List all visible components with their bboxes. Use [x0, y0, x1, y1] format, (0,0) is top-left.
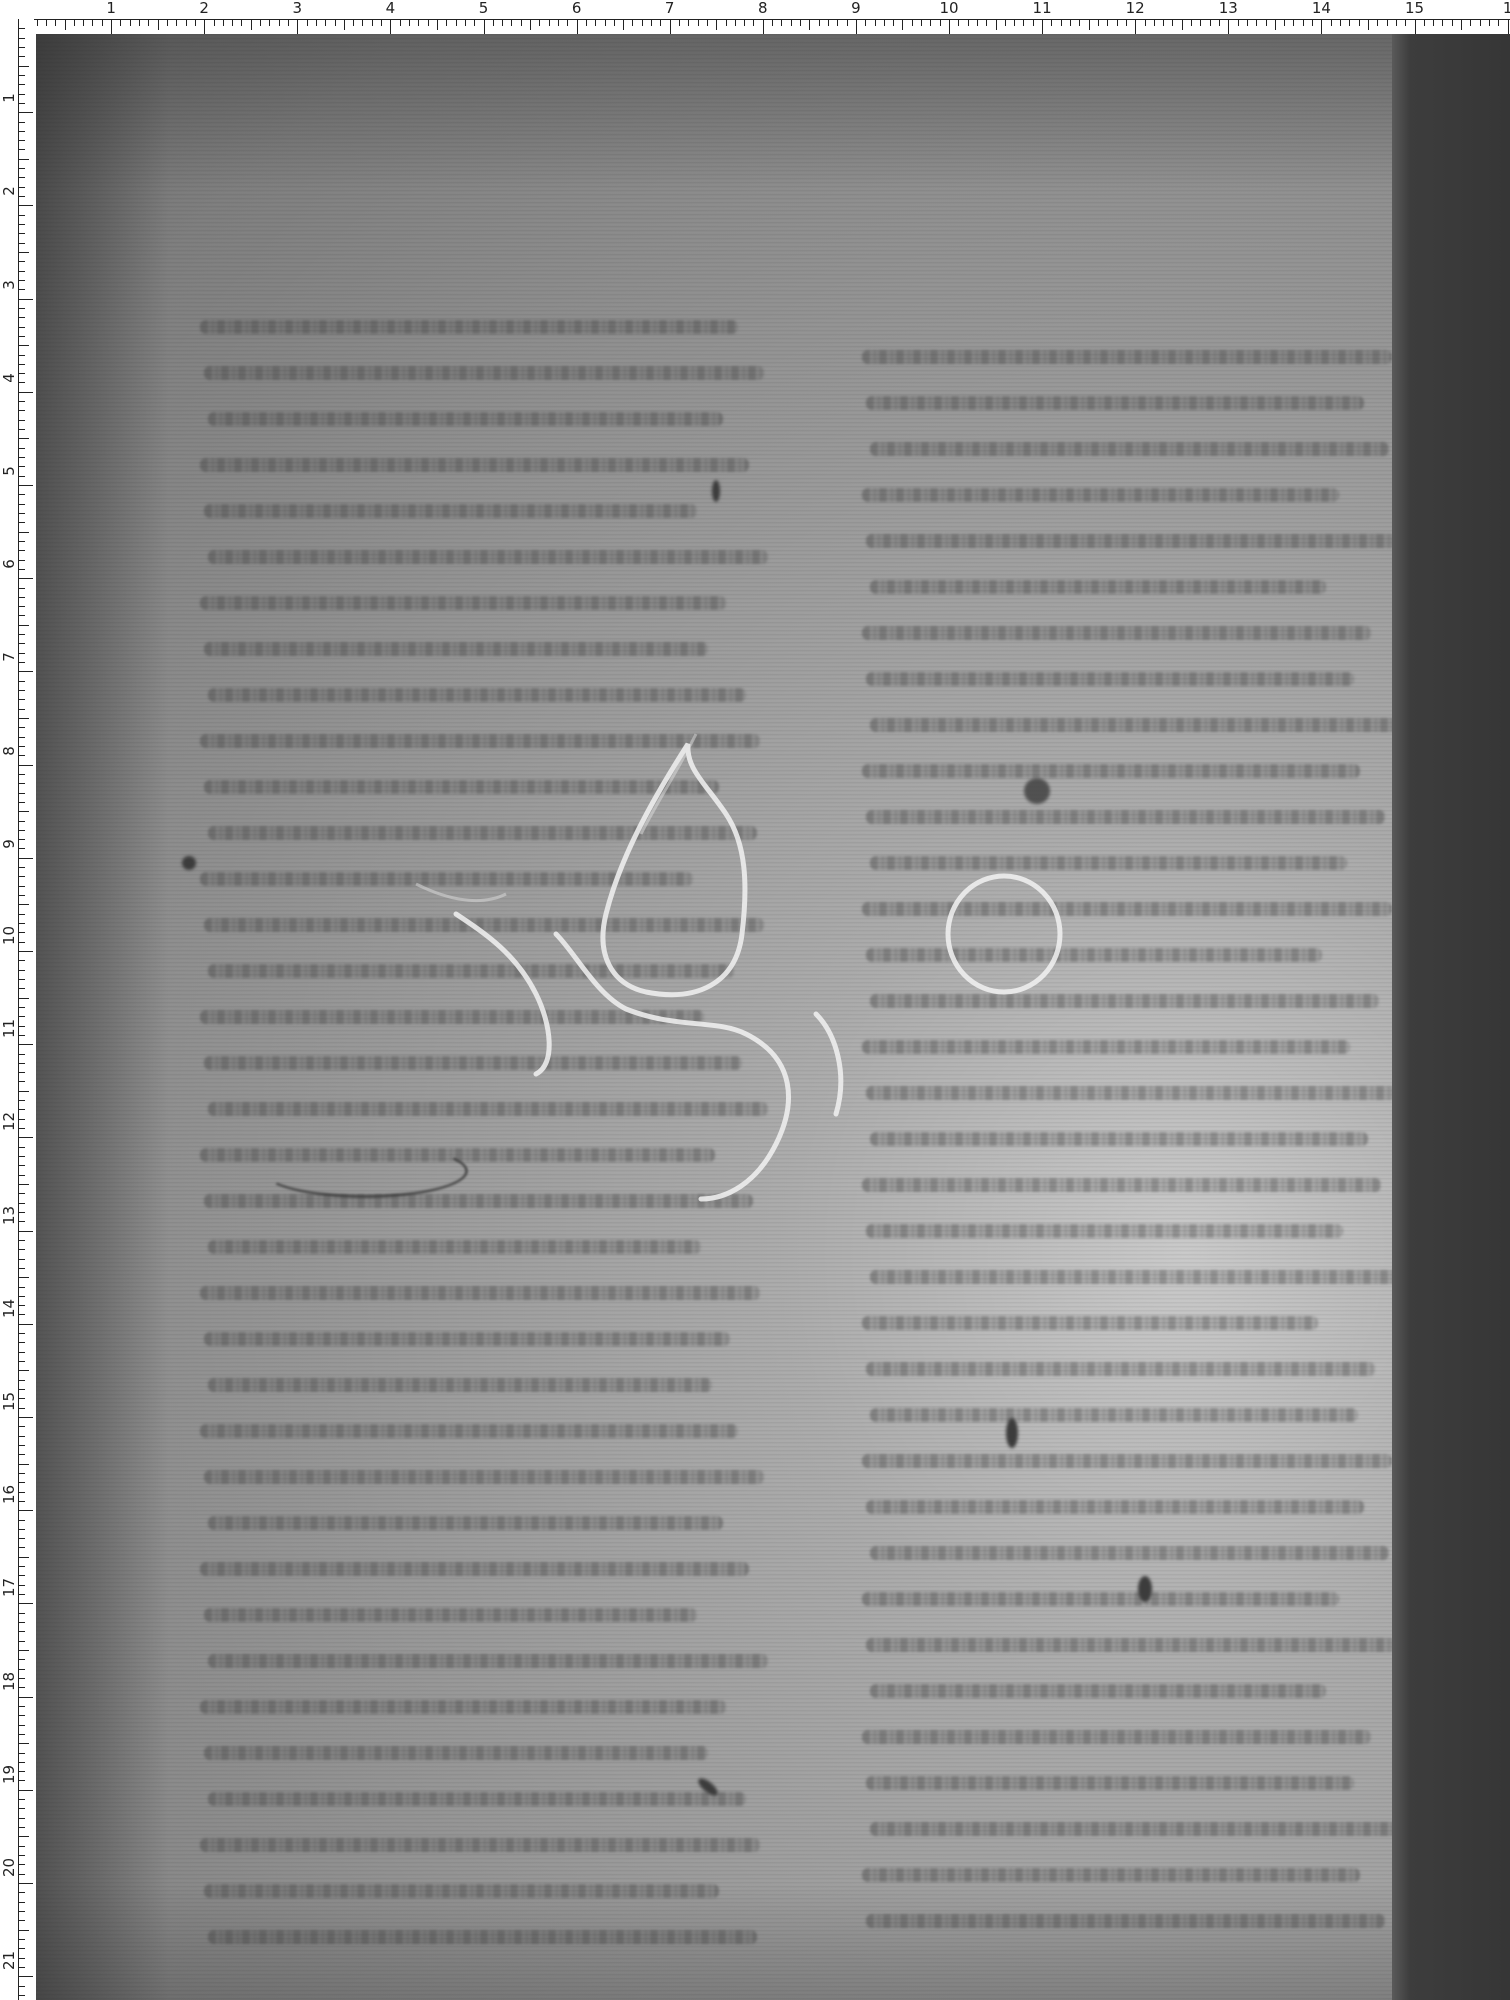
ruler-tick: [1405, 19, 1406, 26]
ruler-tick: [400, 19, 401, 26]
ruler-tick: [325, 19, 326, 26]
ruler-tick: [18, 848, 25, 849]
ruler-label: 17: [1, 1581, 17, 1597]
ruler-tick: [1396, 19, 1397, 26]
ruler-tick: [1200, 19, 1201, 26]
ruler-label: 12: [1126, 0, 1145, 16]
ruler-tick: [18, 1706, 25, 1707]
ruler-tick: [18, 690, 25, 691]
ruler-tick: [186, 19, 187, 26]
ruler-tick: [744, 19, 745, 26]
ruler-tick: [18, 1287, 25, 1288]
ruler-tick: [1387, 19, 1388, 26]
ruler-tick: [539, 19, 540, 26]
ruler-tick: [18, 355, 25, 356]
ruler-tick: [605, 19, 606, 26]
ruler-tick: [1098, 19, 1099, 26]
ruler-tick: [18, 271, 25, 272]
ruler-tick: [18, 522, 25, 523]
ruler-tick: [18, 774, 25, 775]
ruler-tick: [1470, 19, 1471, 26]
ruler-tick: [707, 19, 708, 26]
ruler-tick: [18, 373, 25, 374]
ruler-tick: [18, 47, 25, 48]
ruler-label: 11: [1033, 0, 1052, 16]
ruler-tick: [18, 1846, 25, 1847]
ruler-tick: [632, 19, 633, 26]
ruler-tick: [18, 1268, 25, 1269]
ruler-tick: [18, 494, 25, 495]
ruler-tick: [18, 1930, 29, 1931]
ruler-tick: [1126, 19, 1127, 26]
ruler-label: 2: [199, 0, 209, 16]
ruler-tick: [18, 1370, 29, 1371]
ruler-tick: [735, 19, 736, 26]
ruler-tick: [1256, 19, 1257, 26]
ruler-tick: [148, 19, 149, 26]
ruler-tick: [18, 1902, 25, 1903]
ruler-tick: [176, 19, 177, 26]
ruler-tick: [18, 1529, 25, 1530]
ruler-tick: [1377, 19, 1378, 26]
ruler-tick: [1312, 19, 1313, 26]
ruler-tick: [335, 19, 336, 26]
vertical-ruler: 123456789101112131415161718192021: [0, 0, 34, 2000]
ruler-label: 1: [1, 90, 17, 106]
ruler-tick: [1321, 19, 1322, 34]
ruler-tick: [1210, 19, 1211, 26]
ruler-tick: [18, 140, 25, 141]
ruler-tick: [18, 1585, 25, 1586]
ruler-tick: [1247, 19, 1248, 26]
ruler-label: 18: [1, 1675, 17, 1691]
ruler-tick: [362, 19, 363, 26]
ruler-label: 21: [1, 1954, 17, 1970]
ruler-tick: [18, 401, 25, 402]
ruler-tick: [18, 588, 25, 589]
ruler-tick: [18, 988, 25, 989]
ruler-label: 16: [1, 1488, 17, 1504]
ruler-label: 19: [1, 1768, 17, 1784]
ruler-tick: [18, 942, 25, 943]
ruler-tick: [18, 122, 25, 123]
ruler-tick: [772, 19, 773, 26]
ruler-tick: [865, 19, 866, 26]
ruler-tick: [18, 56, 25, 57]
ruler-tick: [74, 19, 75, 26]
ruler-label: 9: [851, 0, 861, 16]
ruler-tick: [18, 765, 33, 766]
ruler-tick: [716, 19, 717, 30]
ruler-tick: [18, 429, 25, 430]
ruler-label: 5: [1, 463, 17, 479]
ruler-tick: [18, 560, 25, 561]
ruler-tick: [18, 569, 25, 570]
ruler-tick: [18, 811, 29, 812]
ruler-tick: [18, 485, 33, 486]
ruler-tick: [884, 19, 885, 26]
ruler-tick: [18, 1231, 33, 1232]
ruler-label: 5: [479, 0, 489, 16]
ruler-tick: [1498, 19, 1499, 26]
ruler-label: 11: [1, 1022, 17, 1038]
ruler-tick: [18, 382, 25, 383]
ruler-tick: [18, 1995, 25, 1996]
ruler-tick: [18, 261, 25, 262]
ruler-tick: [18, 1669, 25, 1670]
ruler-tick: [18, 131, 25, 132]
ruler-tick: [65, 19, 66, 30]
ruler-tick: [18, 103, 25, 104]
ruler-tick: [18, 1249, 25, 1250]
scan-vignette: [36, 34, 1510, 2000]
ruler-tick: [260, 19, 261, 26]
ruler-tick: [18, 839, 25, 840]
ruler-tick: [18, 923, 25, 924]
ruler-tick: [753, 19, 754, 26]
ruler-tick: [18, 1874, 25, 1875]
ruler-tick: [18, 149, 25, 150]
ruler-tick: [18, 541, 25, 542]
ruler-tick: [18, 1100, 25, 1101]
ruler-tick: [167, 19, 168, 26]
ruler-tick: [18, 1454, 25, 1455]
ruler-tick: [18, 681, 25, 682]
ruler-tick: [18, 1240, 25, 1241]
ruler-tick: [18, 904, 29, 905]
ruler-tick: [18, 1808, 25, 1809]
ruler-tick: [18, 1007, 25, 1008]
ruler-tick: [18, 410, 25, 411]
ruler-tick: [549, 19, 550, 26]
ruler-tick: [18, 94, 25, 95]
ruler-tick: [18, 1557, 29, 1558]
ruler-tick: [232, 19, 233, 26]
ruler-tick: [18, 205, 33, 206]
ruler-tick: [1340, 19, 1341, 26]
ruler-tick: [307, 19, 308, 26]
ruler-tick: [1293, 19, 1294, 26]
ruler-tick: [18, 876, 25, 877]
ruler-tick: [18, 1892, 25, 1893]
ruler-label: 2: [1, 183, 17, 199]
ruler-label: 7: [1, 649, 17, 665]
ruler-tick: [511, 19, 512, 26]
ruler-tick: [1508, 19, 1509, 34]
ruler-tick: [18, 345, 29, 346]
ruler-tick: [949, 19, 950, 34]
ruler-label: 10: [1, 929, 17, 945]
ruler-tick: [18, 66, 29, 67]
ruler-tick: [18, 1026, 25, 1027]
ruler-tick: [18, 709, 25, 710]
ruler-tick: [83, 19, 84, 26]
ruler-tick: [18, 1137, 33, 1138]
ruler-tick: [18, 653, 25, 654]
ruler-baseline: [18, 19, 19, 2000]
ruler-tick: [223, 19, 224, 26]
ruler-tick: [484, 19, 485, 34]
ruler-tick: [18, 1016, 25, 1017]
ruler-tick: [18, 615, 25, 616]
ruler-tick: [1359, 19, 1360, 26]
ruler-tick: [18, 1352, 25, 1353]
ruler-tick: [18, 625, 29, 626]
ruler-tick: [18, 1743, 29, 1744]
ruler-tick: [18, 1436, 25, 1437]
ruler-tick: [55, 19, 56, 26]
ruler-tick: [1442, 19, 1443, 26]
ruler-tick: [1452, 19, 1453, 26]
ruler-tick: [130, 19, 131, 26]
ruler-tick: [18, 476, 25, 477]
ruler-tick: [18, 886, 25, 887]
ruler-tick: [18, 755, 25, 756]
ruler-tick: [1107, 19, 1108, 26]
ruler-tick: [158, 19, 159, 30]
ruler-tick: [18, 1678, 25, 1679]
ruler-tick: [930, 19, 931, 26]
ruler-tick: [1061, 19, 1062, 26]
ruler-tick: [18, 1734, 25, 1735]
ruler-label: 4: [386, 0, 396, 16]
ruler-tick: [18, 1184, 29, 1185]
ruler-tick: [195, 19, 196, 26]
ruler-tick: [1266, 19, 1267, 26]
ruler-tick: [679, 19, 680, 26]
ruler-tick: [1228, 19, 1229, 34]
ruler-tick: [18, 1836, 29, 1837]
ruler-label: 8: [758, 0, 768, 16]
ruler-tick: [18, 1687, 25, 1688]
ruler-tick: [1023, 19, 1024, 26]
ruler-tick: [428, 19, 429, 26]
ruler-tick: [18, 1398, 25, 1399]
ruler-tick: [18, 38, 25, 39]
ruler-tick: [18, 159, 29, 160]
ruler-tick: [18, 1445, 25, 1446]
ruler-tick: [1303, 19, 1304, 26]
ruler-tick: [986, 19, 987, 26]
ruler-tick: [595, 19, 596, 26]
ruler-tick: [18, 662, 25, 663]
ruler-tick: [567, 19, 568, 26]
ruler-tick: [18, 1175, 25, 1176]
ruler-tick: [875, 19, 876, 26]
ruler-tick: [18, 233, 25, 234]
ruler-tick: [1368, 19, 1369, 30]
ruler-tick: [18, 1044, 33, 1045]
ruler-tick: [18, 914, 25, 915]
ruler-tick: [465, 19, 466, 26]
ruler-tick: [837, 19, 838, 26]
ruler-tick: [18, 1221, 25, 1222]
ruler-tick: [18, 737, 25, 738]
ruler-tick: [18, 1631, 25, 1632]
ruler-tick: [18, 1203, 25, 1204]
ruler-tick: [940, 19, 941, 26]
ruler-tick: [18, 1594, 25, 1595]
ruler-tick: [893, 19, 894, 26]
ruler-tick: [18, 1342, 25, 1343]
ruler-tick: [847, 19, 848, 26]
ruler-tick: [18, 1063, 25, 1064]
ruler-tick: [18, 1128, 25, 1129]
ruler-tick: [18, 1501, 25, 1502]
ruler-tick: [18, 289, 25, 290]
ruler-tick: [18, 1986, 25, 1987]
ruler-tick: [18, 727, 25, 728]
ruler-tick: [18, 867, 25, 868]
ruler-tick: [381, 19, 382, 26]
ruler-tick: [1275, 19, 1276, 30]
ruler-tick: [18, 783, 25, 784]
ruler-tick: [1191, 19, 1192, 26]
ruler-tick: [1154, 19, 1155, 26]
ruler-tick: [18, 1827, 25, 1828]
ruler-tick: [18, 1883, 33, 1884]
ruler-tick: [660, 19, 661, 26]
ruler-tick: [902, 19, 903, 30]
ruler-tick: [521, 19, 522, 26]
ruler-label: 15: [1, 1395, 17, 1411]
ruler-label: 3: [293, 0, 303, 16]
ruler-label: 10: [939, 0, 958, 16]
ruler-tick: [1079, 19, 1080, 26]
ruler-tick: [18, 1389, 25, 1390]
ruler-tick: [204, 19, 205, 34]
ruler-tick: [18, 187, 25, 188]
ruler-tick: [800, 19, 801, 26]
ruler-tick: [18, 1482, 25, 1483]
ruler-tick: [18, 196, 25, 197]
ruler-label: 6: [1, 556, 17, 572]
ruler-tick: [18, 112, 33, 113]
ruler-tick: [18, 998, 29, 999]
ruler-tick: [372, 19, 373, 26]
ruler-tick: [1182, 19, 1183, 30]
ruler-tick: [288, 19, 289, 26]
ruler-tick: [18, 1147, 25, 1148]
ruler-tick: [46, 19, 47, 26]
ruler-tick: [18, 1538, 25, 1539]
ruler-tick: [18, 1296, 25, 1297]
ruler-tick: [921, 19, 922, 26]
ruler-tick: [18, 1911, 25, 1912]
ruler-tick: [1051, 19, 1052, 26]
ruler-tick: [18, 1771, 25, 1772]
ruler-label: 8: [1, 743, 17, 759]
ruler-label: 6: [572, 0, 582, 16]
ruler-tick: [18, 1659, 25, 1660]
ruler-tick: [18, 1333, 25, 1334]
ruler-tick: [18, 1193, 25, 1194]
ruler-tick: [1424, 19, 1425, 26]
ruler-tick: [18, 951, 33, 952]
ruler-tick: [18, 513, 25, 514]
ruler-tick: [1070, 19, 1071, 26]
ruler-tick: [437, 19, 438, 30]
ruler-tick: [493, 19, 494, 26]
ruler-tick: [1349, 19, 1350, 26]
ruler-tick: [18, 438, 29, 439]
ruler-tick: [18, 895, 25, 896]
ruler-tick: [18, 1715, 25, 1716]
ruler-tick: [18, 830, 25, 831]
ruler-tick: [1461, 19, 1462, 30]
ruler-tick: [18, 1547, 25, 1548]
ruler-tick: [18, 392, 33, 393]
ruler-tick: [642, 19, 643, 26]
ruler-tick: [18, 327, 25, 328]
ruler-label: 13: [1219, 0, 1238, 16]
ruler-tick: [18, 699, 25, 700]
ruler-tick: [18, 746, 25, 747]
ruler-tick: [18, 84, 25, 85]
ruler-tick: [18, 1976, 33, 1977]
ruler-tick: [446, 19, 447, 26]
ruler-tick: [18, 448, 25, 449]
ruler-tick: [18, 1119, 25, 1120]
ruler-label: 7: [665, 0, 675, 16]
ruler-tick: [18, 1324, 33, 1325]
ruler-tick: [251, 19, 252, 30]
ruler-tick: [18, 308, 25, 309]
ruler-tick: [1415, 19, 1416, 34]
ruler-tick: [18, 457, 25, 458]
ruler-tick: [1238, 19, 1239, 26]
ruler-tick: [409, 19, 410, 26]
ruler-tick: [18, 299, 33, 300]
ruler-tick: [18, 1575, 25, 1576]
ruler-tick: [763, 19, 764, 34]
ruler-tick: [18, 1035, 25, 1036]
ruler-tick: [18, 1091, 29, 1092]
ruler-tick: [1172, 19, 1173, 26]
ruler-tick: [791, 19, 792, 26]
ruler-tick: [18, 1725, 25, 1726]
ruler-tick: [279, 19, 280, 26]
ruler-tick: [577, 19, 578, 34]
ruler-tick: [1163, 19, 1164, 26]
ruler-tick: [18, 932, 25, 933]
ruler-tick: [18, 1417, 33, 1418]
ruler-tick: [18, 1641, 25, 1642]
ruler-tick: [18, 643, 25, 644]
ruler-tick: [316, 19, 317, 26]
ruler-label: 20: [1, 1861, 17, 1877]
ruler-tick: [18, 634, 25, 635]
ruler-tick: [18, 243, 25, 244]
ruler-tick: [819, 19, 820, 26]
ruler-label: 12: [1, 1115, 17, 1131]
ruler-tick: [353, 19, 354, 26]
ruler-tick: [18, 802, 25, 803]
ruler-tick: [18, 1920, 25, 1921]
ruler-tick: [558, 19, 559, 26]
ruler-tick: [18, 215, 25, 216]
ruler-tick: [828, 19, 829, 26]
ruler-tick: [1042, 19, 1043, 34]
ruler-tick: [18, 1566, 25, 1567]
ruler-tick: [344, 19, 345, 30]
ruler-tick: [18, 466, 25, 467]
ruler-tick: [18, 970, 25, 971]
ruler-tick: [18, 1790, 33, 1791]
ruler-tick: [474, 19, 475, 26]
ruler-tick: [1014, 19, 1015, 26]
ruler-tick: [18, 1753, 25, 1754]
